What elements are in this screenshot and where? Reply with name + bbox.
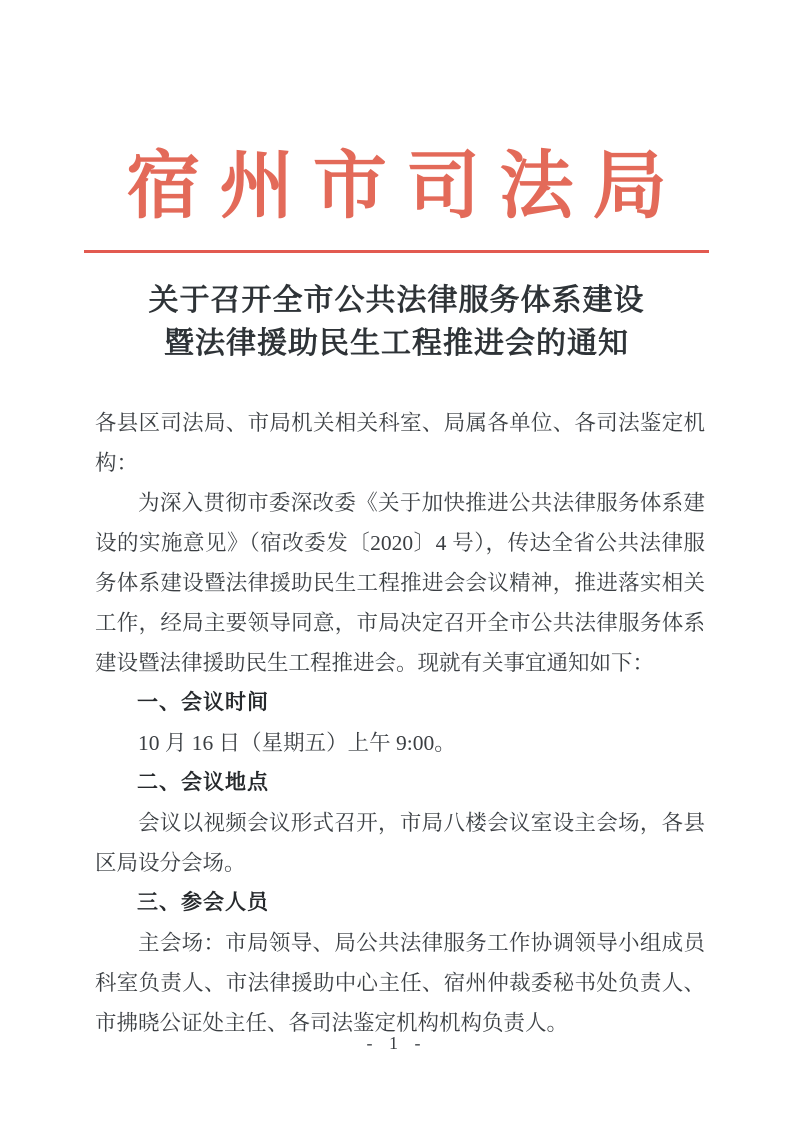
- section-2-heading: 二、会议地点: [95, 763, 705, 803]
- document-title-line2: 暨法律援助民生工程推进会的通知: [0, 322, 793, 365]
- page-number: - 1 -: [0, 1033, 793, 1054]
- salutation: 各县区司法局、市局机关相关科室、局属各单位、各司法鉴定机构：: [95, 403, 705, 483]
- agency-letterhead: 宿州市司法局: [0, 143, 793, 232]
- section-3-content: 主会场：市局领导、局公共法律服务工作协调领导小组成员科室负责人、市法律援助中心主…: [95, 923, 705, 1043]
- intro-paragraph: 为深入贯彻市委深改委《关于加快推进公共法律服务体系建设的实施意见》（宿改委发〔2…: [95, 483, 705, 683]
- document-title: 关于召开全市公共法律服务体系建设 暨法律援助民生工程推进会的通知: [0, 279, 793, 365]
- section-3-heading: 三、参会人员: [95, 883, 705, 923]
- letterhead-divider-line: [84, 250, 709, 253]
- document-page: 宿州市司法局 关于召开全市公共法律服务体系建设 暨法律援助民生工程推进会的通知 …: [0, 0, 793, 1122]
- section-1-heading: 一、会议时间: [95, 683, 705, 723]
- section-1-content: 10 月 16 日（星期五）上午 9:00。: [95, 723, 705, 763]
- document-body: 各县区司法局、市局机关相关科室、局属各单位、各司法鉴定机构： 为深入贯彻市委深改…: [95, 403, 705, 1043]
- section-2-content: 会议以视频会议形式召开，市局八楼会议室设主会场，各县区局设分会场。: [95, 803, 705, 883]
- document-title-line1: 关于召开全市公共法律服务体系建设: [0, 279, 793, 322]
